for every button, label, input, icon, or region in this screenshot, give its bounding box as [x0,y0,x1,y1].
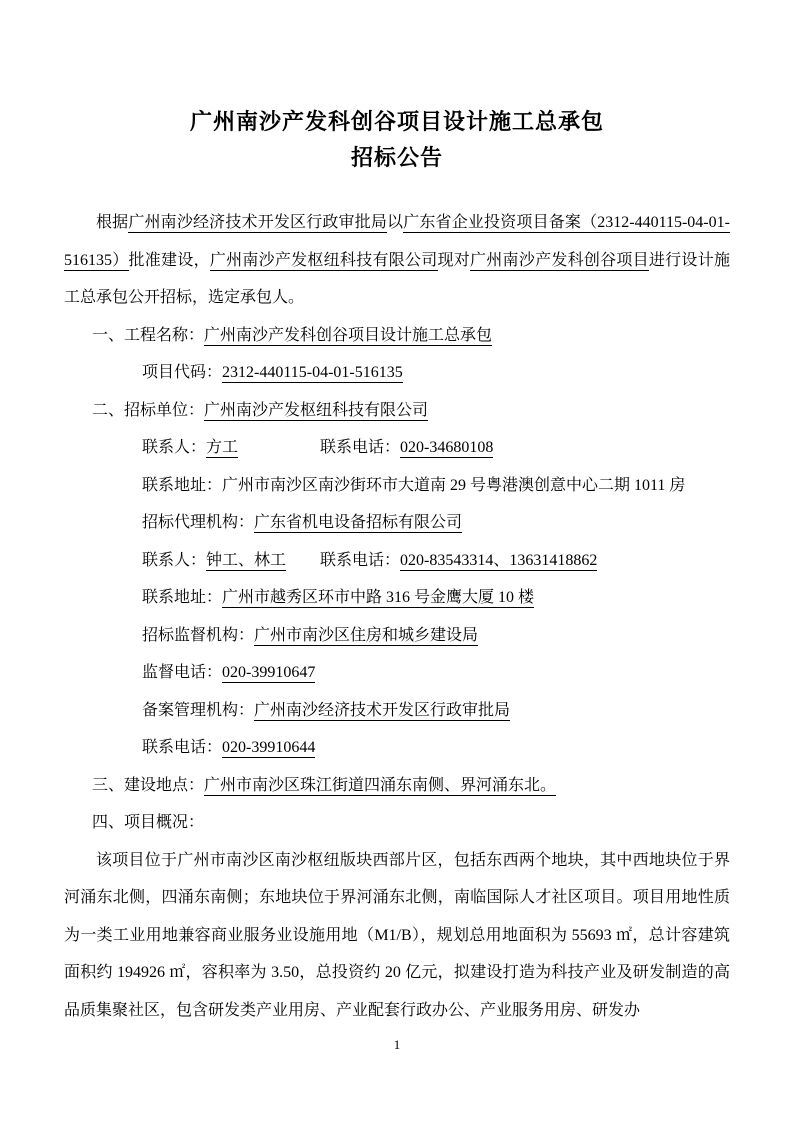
field-label: 备案管理机构： [142,702,254,719]
tender-unit-value: 广州南沙产发枢纽科技有限公司 [204,402,428,421]
page-number: 1 [0,1036,794,1054]
contact2-row: 联系人：钟工、林工 联系电话：020-83543314、13631418862 [64,542,730,580]
location-value: 广州市南沙区珠江街道四涌东南侧、界河涌东北。 [204,777,556,796]
document-page: 广州南沙产发科创谷项目设计施工总承包 招标公告 根据广州南沙经济技术开发区行政审… [0,0,794,1123]
contact1-value: 方工 [206,439,238,458]
supervise-agency-row: 招标监督机构：广州市南沙区住房和城乡建设局 [64,617,730,655]
phone2-value: 020-83543314、13631418862 [400,552,597,571]
supervise-phone-row: 监督电话：020-39910647 [64,654,730,692]
filing-agency-row: 备案管理机构：广州南沙经济技术开发区行政审批局 [64,692,730,730]
agency-row: 招标代理机构：广东省机电设备招标有限公司 [64,504,730,542]
field-label: 联系地址： [142,477,222,494]
supervise-phone-value: 020-39910647 [222,664,315,683]
field-label: 联系电话： [320,552,400,569]
intro-run: 根据 [96,214,128,231]
project-name-value: 广州南沙产发科创谷项目设计施工总承包 [204,327,492,346]
overview-heading-row: 四、项目概况： [64,804,730,842]
intro-paragraph: 根据广州南沙经济技术开发区行政审批局以广东省企业投资项目备案（2312-4401… [64,204,730,317]
filing-agency-value: 广州南沙经济技术开发区行政审批局 [254,702,510,721]
phone1-cell: 联系电话：020-34680108 [320,429,493,467]
document-title-line1: 广州南沙产发科创谷项目设计施工总承包 [64,104,730,140]
document-title-line2: 招标公告 [64,140,730,176]
location-row: 三、建设地点：广州市南沙区珠江街道四涌东南侧、界河涌东北。 [64,767,730,805]
field-label: 监督电话： [142,664,222,681]
project-code-row: 项目代码：2312-440115-04-01-516135 [64,354,730,392]
project-code-value: 2312-440115-04-01-516135 [222,364,403,383]
document-content: 广州南沙产发科创谷项目设计施工总承包 招标公告 根据广州南沙经济技术开发区行政审… [0,0,794,1029]
overview-paragraph: 该项目位于广州市南沙区南沙枢纽版块西部片区，包括东西两个地块，其中西地块位于界河… [64,842,730,1030]
field-label: 四、项目概况： [92,814,204,831]
intro-run-underlined-approval-bureau: 广州南沙经济技术开发区行政审批局 [128,214,387,233]
address1-value: 广州市南沙区南沙街环市大道南 29 号粤港澳创意中心二期 1011 房 [222,477,685,494]
phone2-cell: 联系电话：020-83543314、13631418862 [320,542,597,580]
supervise-agency-value: 广州市南沙区住房和城乡建设局 [254,627,478,646]
phone1-value: 020-34680108 [400,439,493,458]
filing-phone-value: 020-39910644 [222,739,315,758]
field-label: 一、工程名称： [92,327,204,344]
field-label: 招标监督机构： [142,627,254,644]
intro-run: 现对 [438,252,471,269]
field-label: 联系地址： [142,589,222,606]
field-label: 联系人： [142,439,206,456]
intro-run-underlined-company: 广州南沙产发枢纽科技有限公司 [210,252,438,271]
field-label: 项目代码： [142,364,222,381]
field-label: 联系电话： [142,739,222,756]
contact2-value: 钟工、林工 [206,552,286,571]
address2-row: 联系地址：广州市越秀区环市中路 316 号金鹰大厦 10 楼 [64,579,730,617]
contact2-cell: 联系人：钟工、林工 [142,542,320,580]
address2-value: 广州市越秀区环市中路 316 号金鹰大厦 10 楼 [222,589,534,608]
field-label: 招标代理机构： [142,514,254,531]
filing-phone-row: 联系电话：020-39910644 [64,729,730,767]
field-label: 联系电话： [320,439,400,456]
project-name-row: 一、工程名称：广州南沙产发科创谷项目设计施工总承包 [64,317,730,355]
contact1-row: 联系人：方工 联系电话：020-34680108 [64,429,730,467]
intro-run: 批准建设， [129,252,210,269]
contact1-cell: 联系人：方工 [142,429,320,467]
intro-run-underlined-project: 广州南沙产发科创谷项目 [470,252,649,271]
field-label: 联系人： [142,552,206,569]
intro-run: 以 [387,214,403,231]
tender-unit-row: 二、招标单位：广州南沙产发枢纽科技有限公司 [64,392,730,430]
address1-row: 联系地址：广州市南沙区南沙街环市大道南 29 号粤港澳创意中心二期 1011 房 [64,467,730,505]
agency-value: 广东省机电设备招标有限公司 [254,514,462,533]
field-label: 二、招标单位： [92,402,204,419]
field-label: 三、建设地点： [92,777,204,794]
